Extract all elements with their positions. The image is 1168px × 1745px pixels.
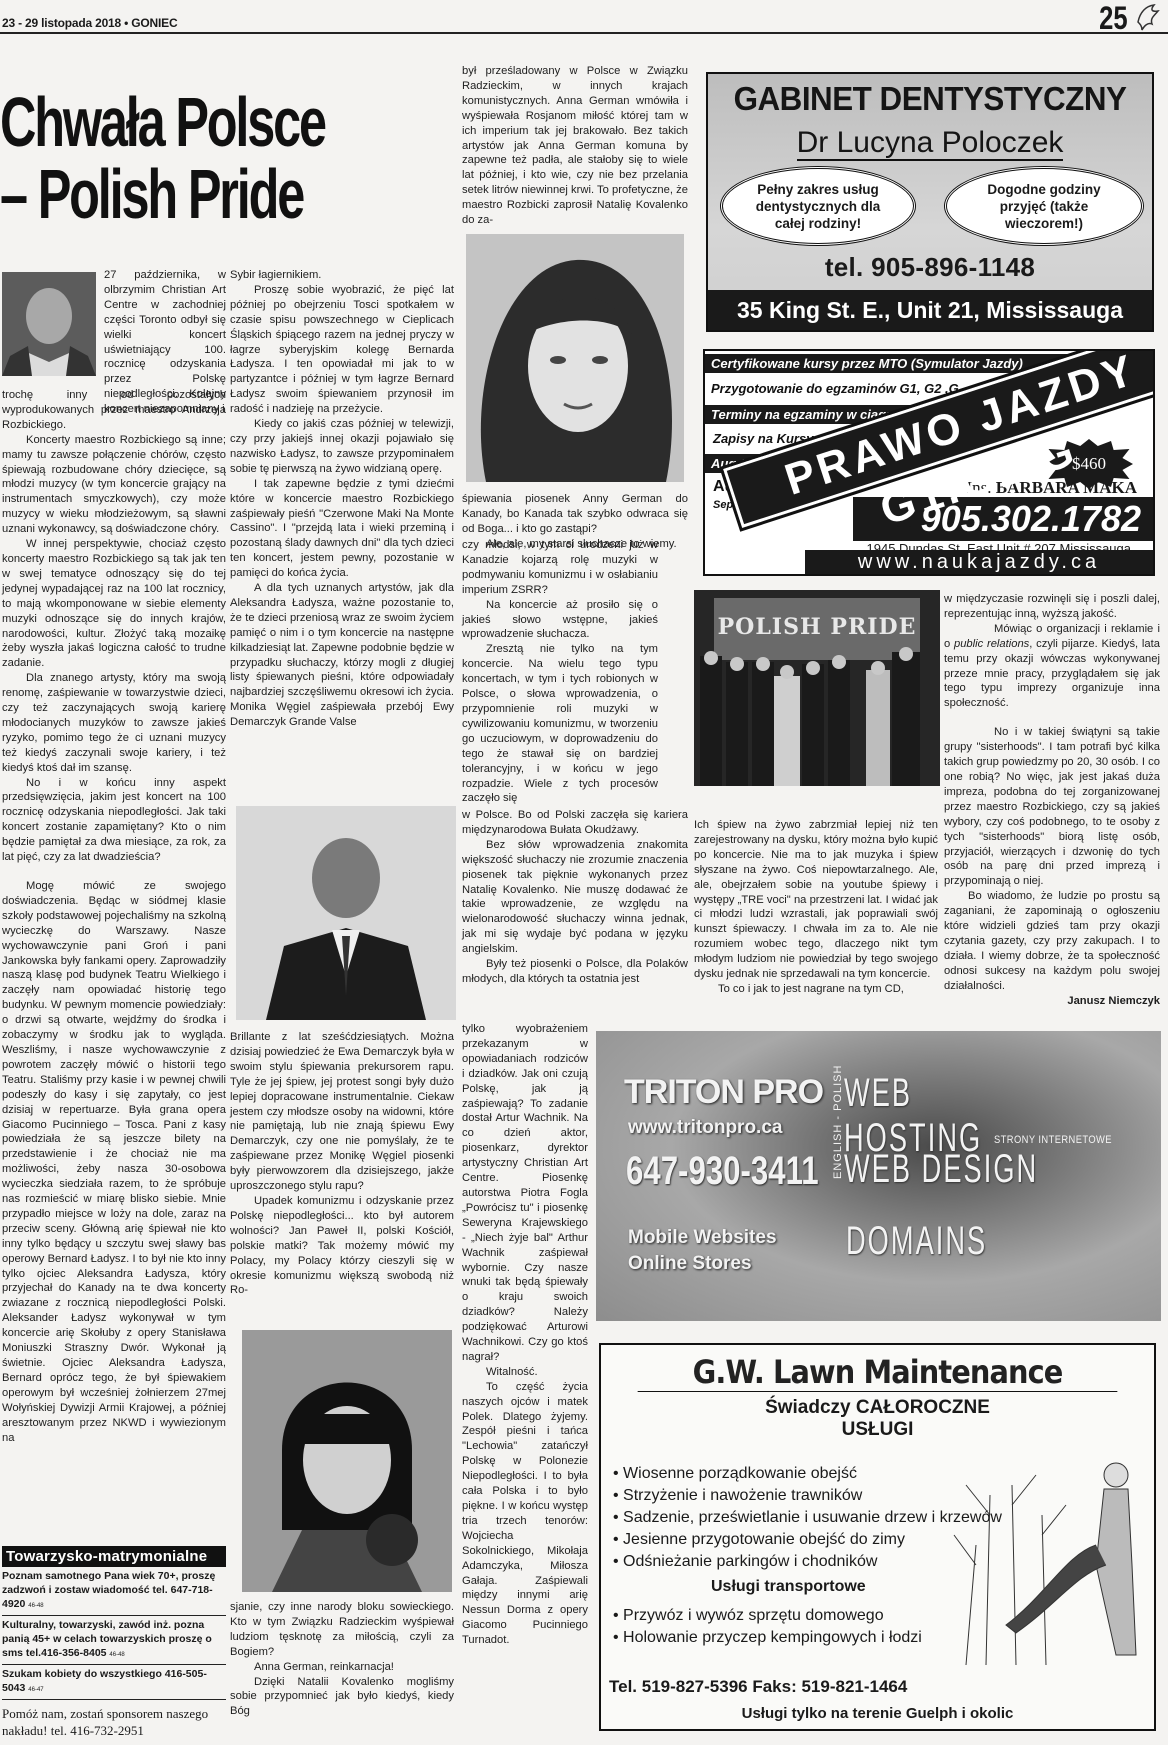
driving-website-link[interactable]: www.naukajazdy.ca	[805, 550, 1153, 574]
headline-line-2: – Polish Pride	[0, 158, 331, 230]
concert-banner-text: POLISH PRIDE	[714, 614, 920, 640]
list-item: Odśnieżanie parkingów i chodników	[613, 1551, 1002, 1573]
classifieds-box: Towarzysko-matrymonialne Poznam samotneg…	[2, 1546, 226, 1739]
article-col3-top: był prześladowany w Polsce w Związku Rad…	[462, 64, 688, 228]
dentist-address: 35 King St. E., Unit 21, Mississauga	[708, 290, 1152, 330]
page-number: 25	[1100, 0, 1128, 37]
author-photo	[2, 272, 96, 376]
dentist-doctor: Dr Lucyna Poloczek	[708, 126, 1152, 160]
leaf-blower-illustration	[946, 1455, 1146, 1665]
classified-ad: Kulturalny, towarzyski, zawód inż. pozna…	[2, 1616, 226, 1665]
sponsor-note: Pomóż nam, zostań sponsorem naszego nakł…	[2, 1700, 226, 1739]
dentist-phone: tel. 905-896-1148	[708, 252, 1152, 283]
photo-man-in-suit	[236, 806, 456, 1020]
triton-stores: Online Stores	[628, 1253, 752, 1275]
triton-service-design: WEB DESIGN	[844, 1147, 1038, 1192]
lawn-subtitle: Świadczy CAŁOROCZNE USŁUGI	[601, 1397, 1154, 1441]
triton-mobile: Mobile Websites	[628, 1227, 777, 1249]
eagle-icon	[1132, 2, 1162, 32]
article-col1: trochę inny od pozostałych wyprodukowany…	[2, 388, 226, 1445]
dentist-ad: GABINET DENTYSTYCZNY Dr Lucyna Poloczek …	[706, 72, 1154, 332]
issue-date: 23 - 29 listopada 2018 • GONIEC	[2, 16, 177, 30]
driving-line2: Przygotowanie do egzaminów G1, G2 ,G	[711, 381, 959, 396]
dentist-title: GABINET DENTYSTYCZNY	[719, 80, 1141, 118]
triton-languages: ENGLISH - POLISH	[832, 1065, 844, 1179]
photo-ewa-demarczyk	[242, 1330, 452, 1592]
classified-ad: Poznam samotnego Pana wiek 70+, proszę z…	[2, 1567, 226, 1616]
lawn-maintenance-ad: G.W. Lawn Maintenance Świadczy CAŁOROCZN…	[599, 1343, 1156, 1731]
article-col2-bottom: sjanie, czy inne narody bloku sowieckieg…	[230, 1600, 454, 1719]
triton-phone: 647-930-3411	[626, 1149, 819, 1194]
headline-line-1: Chwała Polsce	[0, 86, 331, 158]
photo-natalia-kovalenko	[466, 234, 684, 482]
list-item: Jesienne przygotowanie obejść do zimy	[613, 1529, 1002, 1551]
article-col3-lower: w Polsce. Bo od Polski zaczęła się karie…	[462, 808, 688, 987]
headline: Chwała Polsce – Polish Pride	[0, 86, 331, 230]
lawn-services-list: Wiosenne porządkowanie obejść Strzyżenie…	[613, 1463, 1002, 1573]
lawn-phone: Tel. 519-827-5396 Faks: 519-821-1464	[609, 1677, 907, 1697]
triton-service-domains: DOMAINS	[846, 1219, 987, 1264]
list-item: Wiosenne porządkowanie obejść	[613, 1463, 1002, 1485]
article-col3-narrow: tylko wyobrażeniem przekazanym w opowiad…	[462, 1022, 588, 1648]
lawn-title: G.W. Lawn Maintenance	[638, 1353, 1118, 1392]
classifieds-heading: Towarzysko-matrymonialne	[2, 1546, 226, 1567]
lawn-transport-list: Przywóz i wywóz sprzętu domowego Holowan…	[613, 1605, 922, 1649]
list-item: Sadzenie, prześwietlanie i usuwanie drze…	[613, 1507, 1002, 1529]
lawn-service-area: Usługi tylko na terenie Guelph i okolic	[601, 1705, 1154, 1722]
article-col5: w międzyczasie rozwinęli się i poszli da…	[944, 592, 1160, 1008]
classified-ad: Szukam kobiety do wszystkiego 416-505-50…	[2, 1665, 226, 1700]
dentist-oval-services: Pełny zakres usług dentystycznych dla ca…	[720, 166, 916, 246]
article-col4: Ich śpiew na żywo zabrzmiał lepiej niż t…	[694, 818, 938, 997]
dentist-oval-hours: Dogodne godziny przyjęć (także wieczorem…	[944, 166, 1144, 246]
triton-pro-ad: TRITON PRO www.tritonpro.ca 647-930-3411…	[596, 1031, 1161, 1321]
article-col2-mid: Brillante z lat sześćdziesiątych. Można …	[230, 1030, 454, 1298]
triton-url-link[interactable]: www.tritonpro.ca	[628, 1117, 782, 1139]
list-item: Strzyżenie i nawożenie trawników	[613, 1485, 1002, 1507]
list-item: Holowanie przyczep kempingowych i łodzi	[613, 1627, 922, 1649]
triton-name: TRITON PRO	[624, 1073, 823, 1112]
driving-school-ad: Certyfikowane kursy przez MTO (Symulator…	[703, 349, 1155, 576]
list-item: Przywóz i wywóz sprzętu domowego	[613, 1605, 922, 1627]
masthead: 23 - 29 listopada 2018 • GONIEC 25	[0, 0, 1168, 34]
triton-service-subtitle: STRONY INTERNETOWE	[994, 1134, 1112, 1146]
lawn-transport-heading: Usługi transportowe	[711, 1578, 866, 1596]
concert-photo: POLISH PRIDE	[694, 590, 940, 786]
article-col2-top: Sybir łagiernikiem. Proszę sobie wyobraz…	[230, 268, 454, 730]
author-signature: Janusz Niemczyk	[944, 994, 1160, 1009]
article-col3-wrap: czy młodsi, w tym ci urodzeni już w Kana…	[462, 538, 658, 806]
